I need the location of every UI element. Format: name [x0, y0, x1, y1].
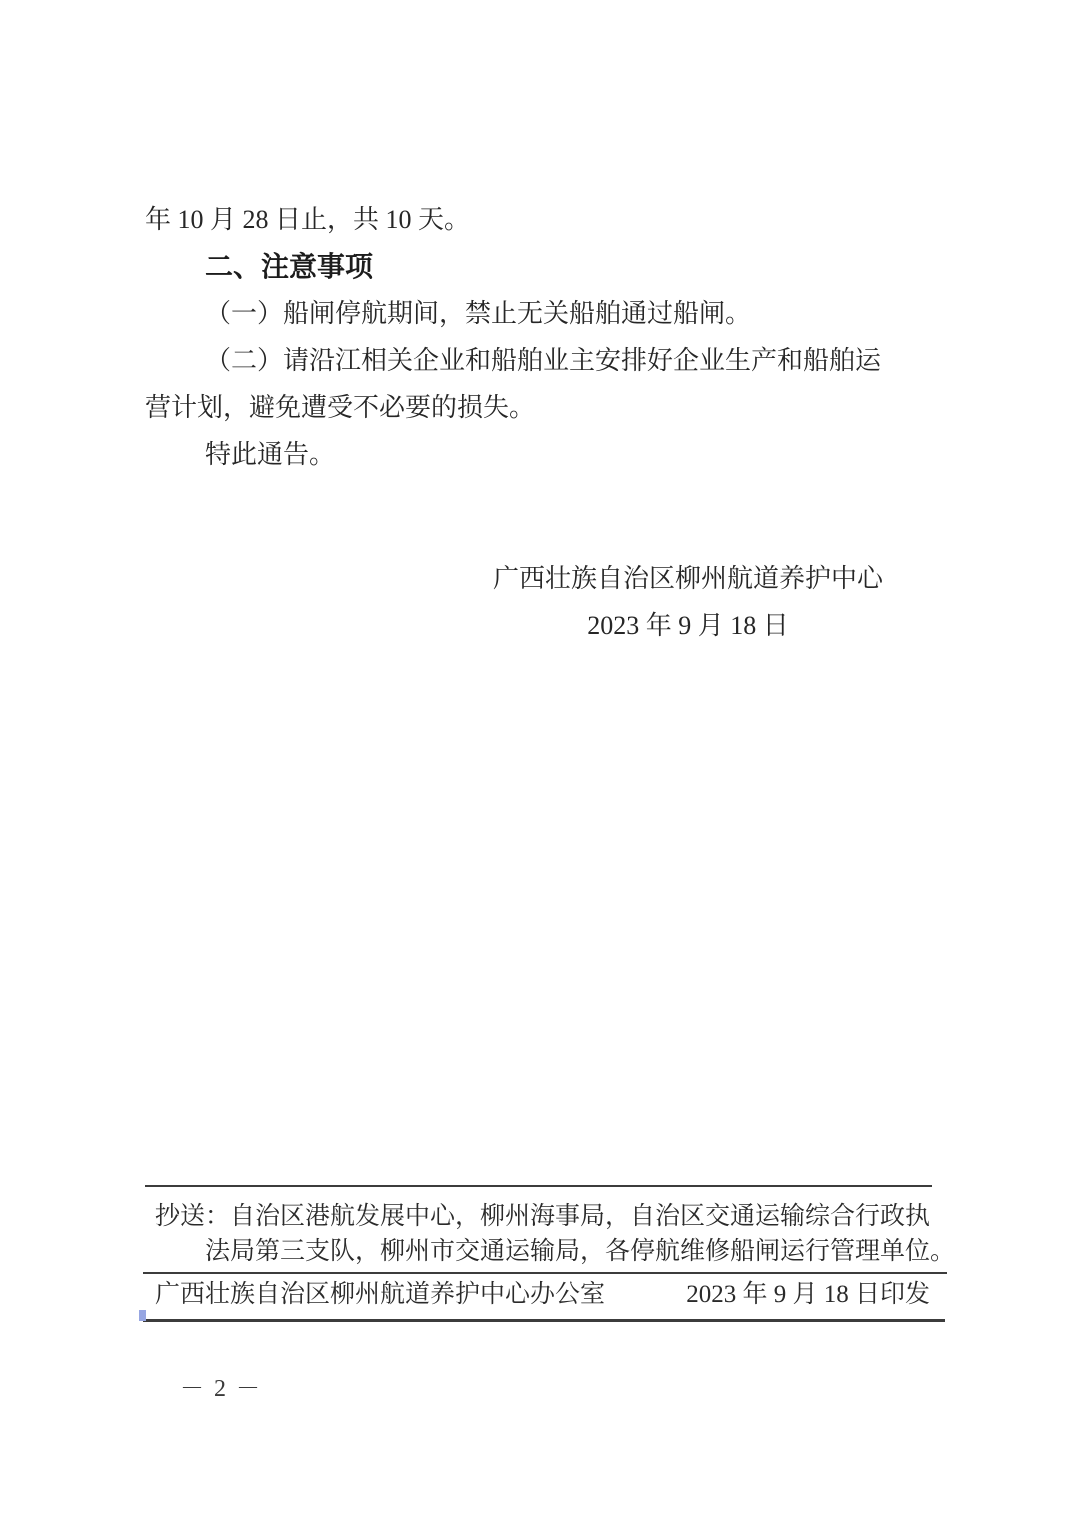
cc-block: 抄送：自治区港航发展中心，柳州海事局，自治区交通运输综合行政执 法局第三支队，柳…: [155, 1199, 945, 1269]
document-page: 年 10 月 28 日止，共 10 天。 二、注意事项 （一）船闸停航期间，禁止…: [0, 0, 1080, 1528]
page-number: － 2 －: [180, 1368, 262, 1403]
cursor-artifact: [139, 1310, 146, 1321]
notice-item-2-line-1: （二）请沿江相关企业和船舶业主安排好企业生产和船舶运: [145, 337, 960, 384]
footer-divider-middle: [143, 1272, 947, 1274]
footer-divider-top: [145, 1185, 932, 1187]
document-body: 年 10 月 28 日止，共 10 天。 二、注意事项 （一）船闸停航期间，禁止…: [145, 196, 960, 478]
issuer-office: 广西壮族自治区柳州航道养护中心办公室: [155, 1277, 605, 1312]
section-heading: 二、注意事项: [145, 243, 960, 290]
issuer-line: 广西壮族自治区柳州航道养护中心办公室 2023 年 9 月 18 日印发: [155, 1277, 930, 1312]
cc-line-2: 法局第三支队，柳州市交通运输局，各停航维修船闸运行管理单位。: [155, 1234, 945, 1269]
notice-item-1: （一）船闸停航期间，禁止无关船舶通过船闸。: [145, 290, 960, 337]
signature-block: 广西壮族自治区柳州航道养护中心 2023 年 9 月 18 日: [490, 555, 886, 649]
cc-line-1: 抄送：自治区港航发展中心，柳州海事局，自治区交通运输综合行政执: [155, 1199, 945, 1234]
signature-date: 2023 年 9 月 18 日: [490, 602, 886, 649]
footer-divider-bottom: [143, 1319, 945, 1322]
notice-item-2-line-2: 营计划，避免遭受不必要的损失。: [145, 384, 960, 431]
body-line-continuation: 年 10 月 28 日止，共 10 天。: [145, 196, 960, 243]
closing-line: 特此通告。: [145, 431, 960, 478]
signature-organization: 广西壮族自治区柳州航道养护中心: [490, 555, 886, 602]
issue-date: 2023 年 9 月 18 日印发: [686, 1277, 930, 1312]
